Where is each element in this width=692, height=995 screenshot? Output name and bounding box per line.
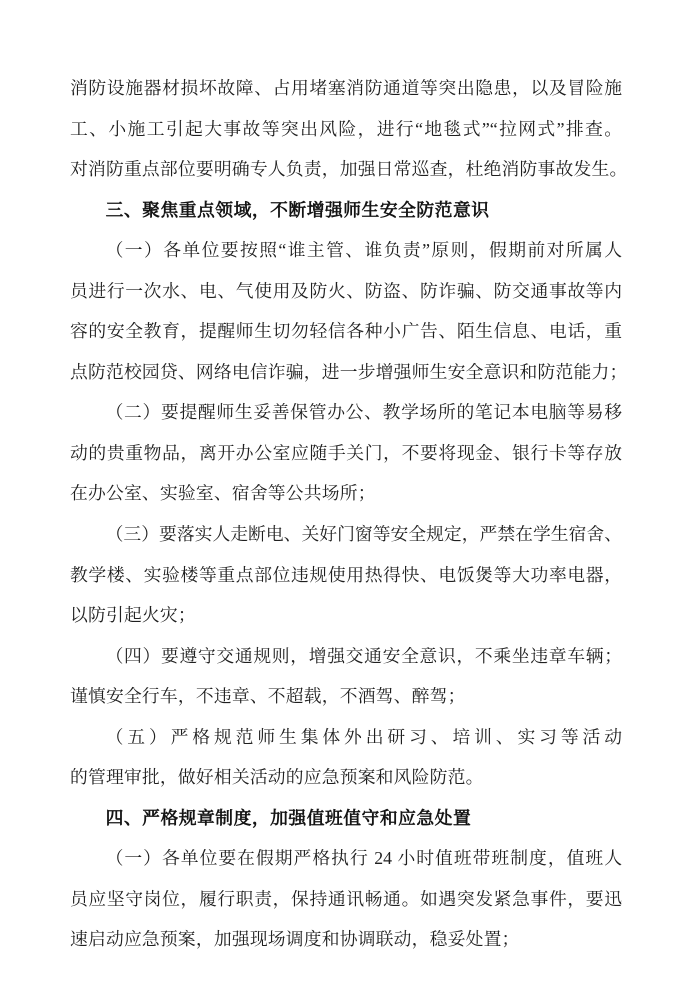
body-line: 速启动应急预案，加强现场调度和协调联动，稳妥处置； xyxy=(70,919,622,960)
body-line: 的管理审批，做好相关活动的应急预案和风险防范。 xyxy=(70,757,622,798)
document-page: 消防设施器材损坏故障、占用堵塞消防通道等突出隐患，以及冒险施 工、小施工引起大事… xyxy=(0,0,692,995)
body-line: （四）要遵守交通规则，增强交通安全意识，不乘坐违章车辆； xyxy=(70,636,622,677)
body-line: （一）各单位要在假期严格执行 24 小时值班带班制度，值班人 xyxy=(70,838,622,879)
body-line: （五）严格规范师生集体外出研习、培训、实习等活动 xyxy=(70,717,622,758)
body-line: 以防引起火灾； xyxy=(70,595,622,636)
body-line: 消防设施器材损坏故障、占用堵塞消防通道等突出隐患，以及冒险施 xyxy=(70,68,622,109)
section-heading: 四、严格规章制度，加强值班值守和应急处置 xyxy=(70,798,622,839)
body-line: 工、小施工引起大事故等突出风险，进行“地毯式”“拉网式”排查。 xyxy=(70,109,622,150)
body-line: 对消防重点部位要明确专人负责，加强日常巡查，杜绝消防事故发生。 xyxy=(70,149,622,190)
body-line: 动的贵重物品，离开办公室应随手关门，不要将现金、银行卡等存放 xyxy=(70,433,622,474)
body-line: （二）要提醒师生妥善保管办公、教学场所的笔记本电脑等易移 xyxy=(70,392,622,433)
body-line: 教学楼、实验楼等重点部位违规使用热得快、电饭煲等大功率电器， xyxy=(70,555,622,596)
body-line: 谨慎安全行车，不违章、不超载，不酒驾、醉驾； xyxy=(70,676,622,717)
body-line: 容的安全教育，提醒师生切勿轻信各种小广告、陌生信息、电话，重 xyxy=(70,311,622,352)
section-heading: 三、聚焦重点领域，不断增强师生安全防范意识 xyxy=(70,190,622,231)
body-line: 员进行一次水、电、气使用及防火、防盗、防诈骗、防交通事故等内 xyxy=(70,271,622,312)
body-line: 点防范校园贷、网络电信诈骗，进一步增强师生安全意识和防范能力； xyxy=(70,352,622,393)
body-line: 在办公室、实验室、宿舍等公共场所； xyxy=(70,473,622,514)
body-line: 员应坚守岗位，履行职责，保持通讯畅通。如遇突发紧急事件，要迅 xyxy=(70,879,622,920)
body-line: （一）各单位要按照“谁主管、谁负责”原则，假期前对所属人 xyxy=(70,230,622,271)
body-line: （三）要落实人走断电、关好门窗等安全规定，严禁在学生宿舍、 xyxy=(70,514,622,555)
